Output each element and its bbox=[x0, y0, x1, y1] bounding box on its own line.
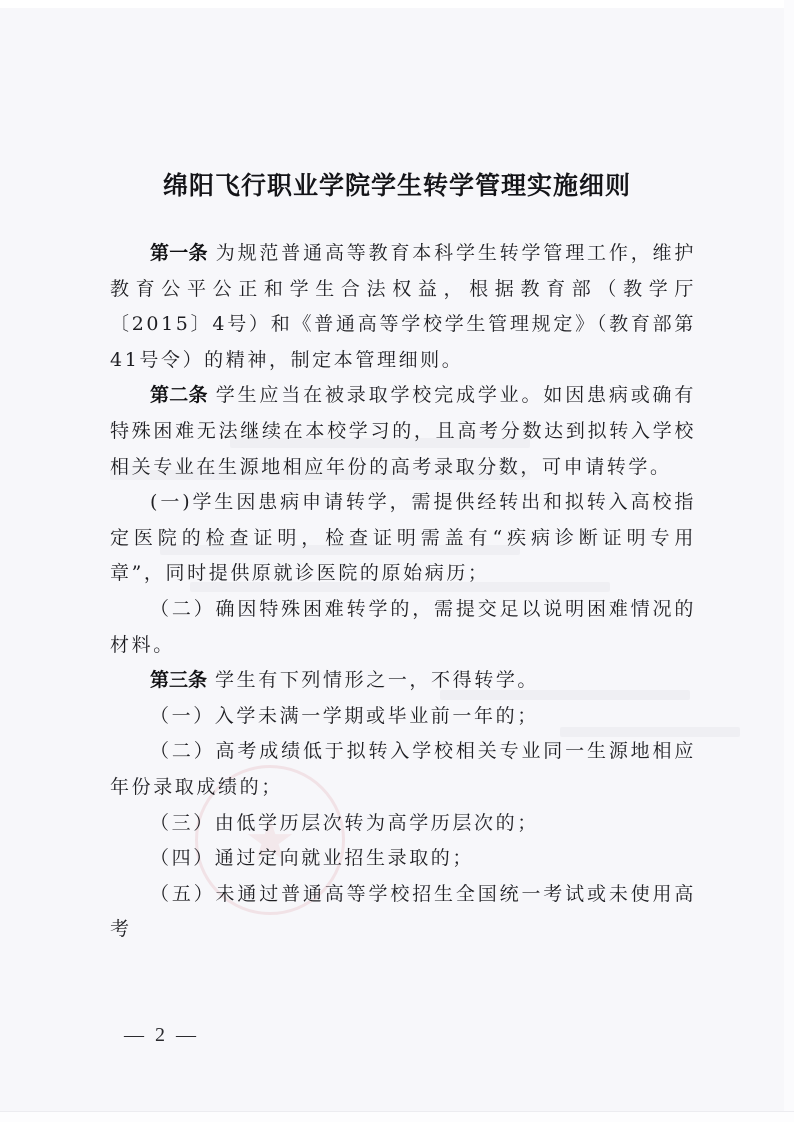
list-item: （三）由低学历层次转为高学历层次的； bbox=[110, 806, 696, 842]
list-item: (一)学生因患病申请转学，需提供经转出和拟转入高校指定医院的检查证明，检查证明需… bbox=[110, 485, 696, 592]
document-body: 第一条为规范普通高等教育本科学生转学管理工作，维护教育公平公正和学生合法权益，根… bbox=[110, 236, 696, 948]
article-2: 第二条学生应当在被录取学校完成学业。如因患病或确有特殊困难无法继续在本校学习的，… bbox=[110, 378, 696, 485]
list-item: （四）通过定向就业招生录取的； bbox=[110, 841, 696, 877]
article-label: 第一条 bbox=[150, 242, 208, 264]
list-item: （五）未通过普通高等学校招生全国统一考试或未使用高考 bbox=[110, 877, 696, 948]
article-label: 第三条 bbox=[150, 669, 207, 691]
article-text: 学生有下列情形之一，不得转学。 bbox=[215, 669, 539, 691]
list-item: （一）入学未满一学期或毕业前一年的； bbox=[110, 699, 696, 735]
page-edge-bottom bbox=[0, 1111, 794, 1122]
page-number: — 2 — bbox=[124, 1024, 199, 1047]
document-page: ★ 绵阳飞行职业学院学生转学管理实施细则 第一条为规范普通高等教育本科学生转学管… bbox=[0, 0, 794, 1122]
article-3: 第三条学生有下列情形之一，不得转学。 bbox=[110, 663, 696, 699]
list-item: （二）确因特殊困难转学的，需提交足以说明困难情况的材料。 bbox=[110, 592, 696, 663]
document-title: 绵阳飞行职业学院学生转学管理实施细则 bbox=[0, 166, 794, 202]
page-edge-top bbox=[0, 0, 794, 8]
list-item: （二）高考成绩低于拟转入学校相关专业同一生源地相应年份录取成绩的； bbox=[110, 734, 696, 805]
article-label: 第二条 bbox=[150, 384, 208, 406]
article-1: 第一条为规范普通高等教育本科学生转学管理工作，维护教育公平公正和学生合法权益，根… bbox=[110, 236, 696, 378]
